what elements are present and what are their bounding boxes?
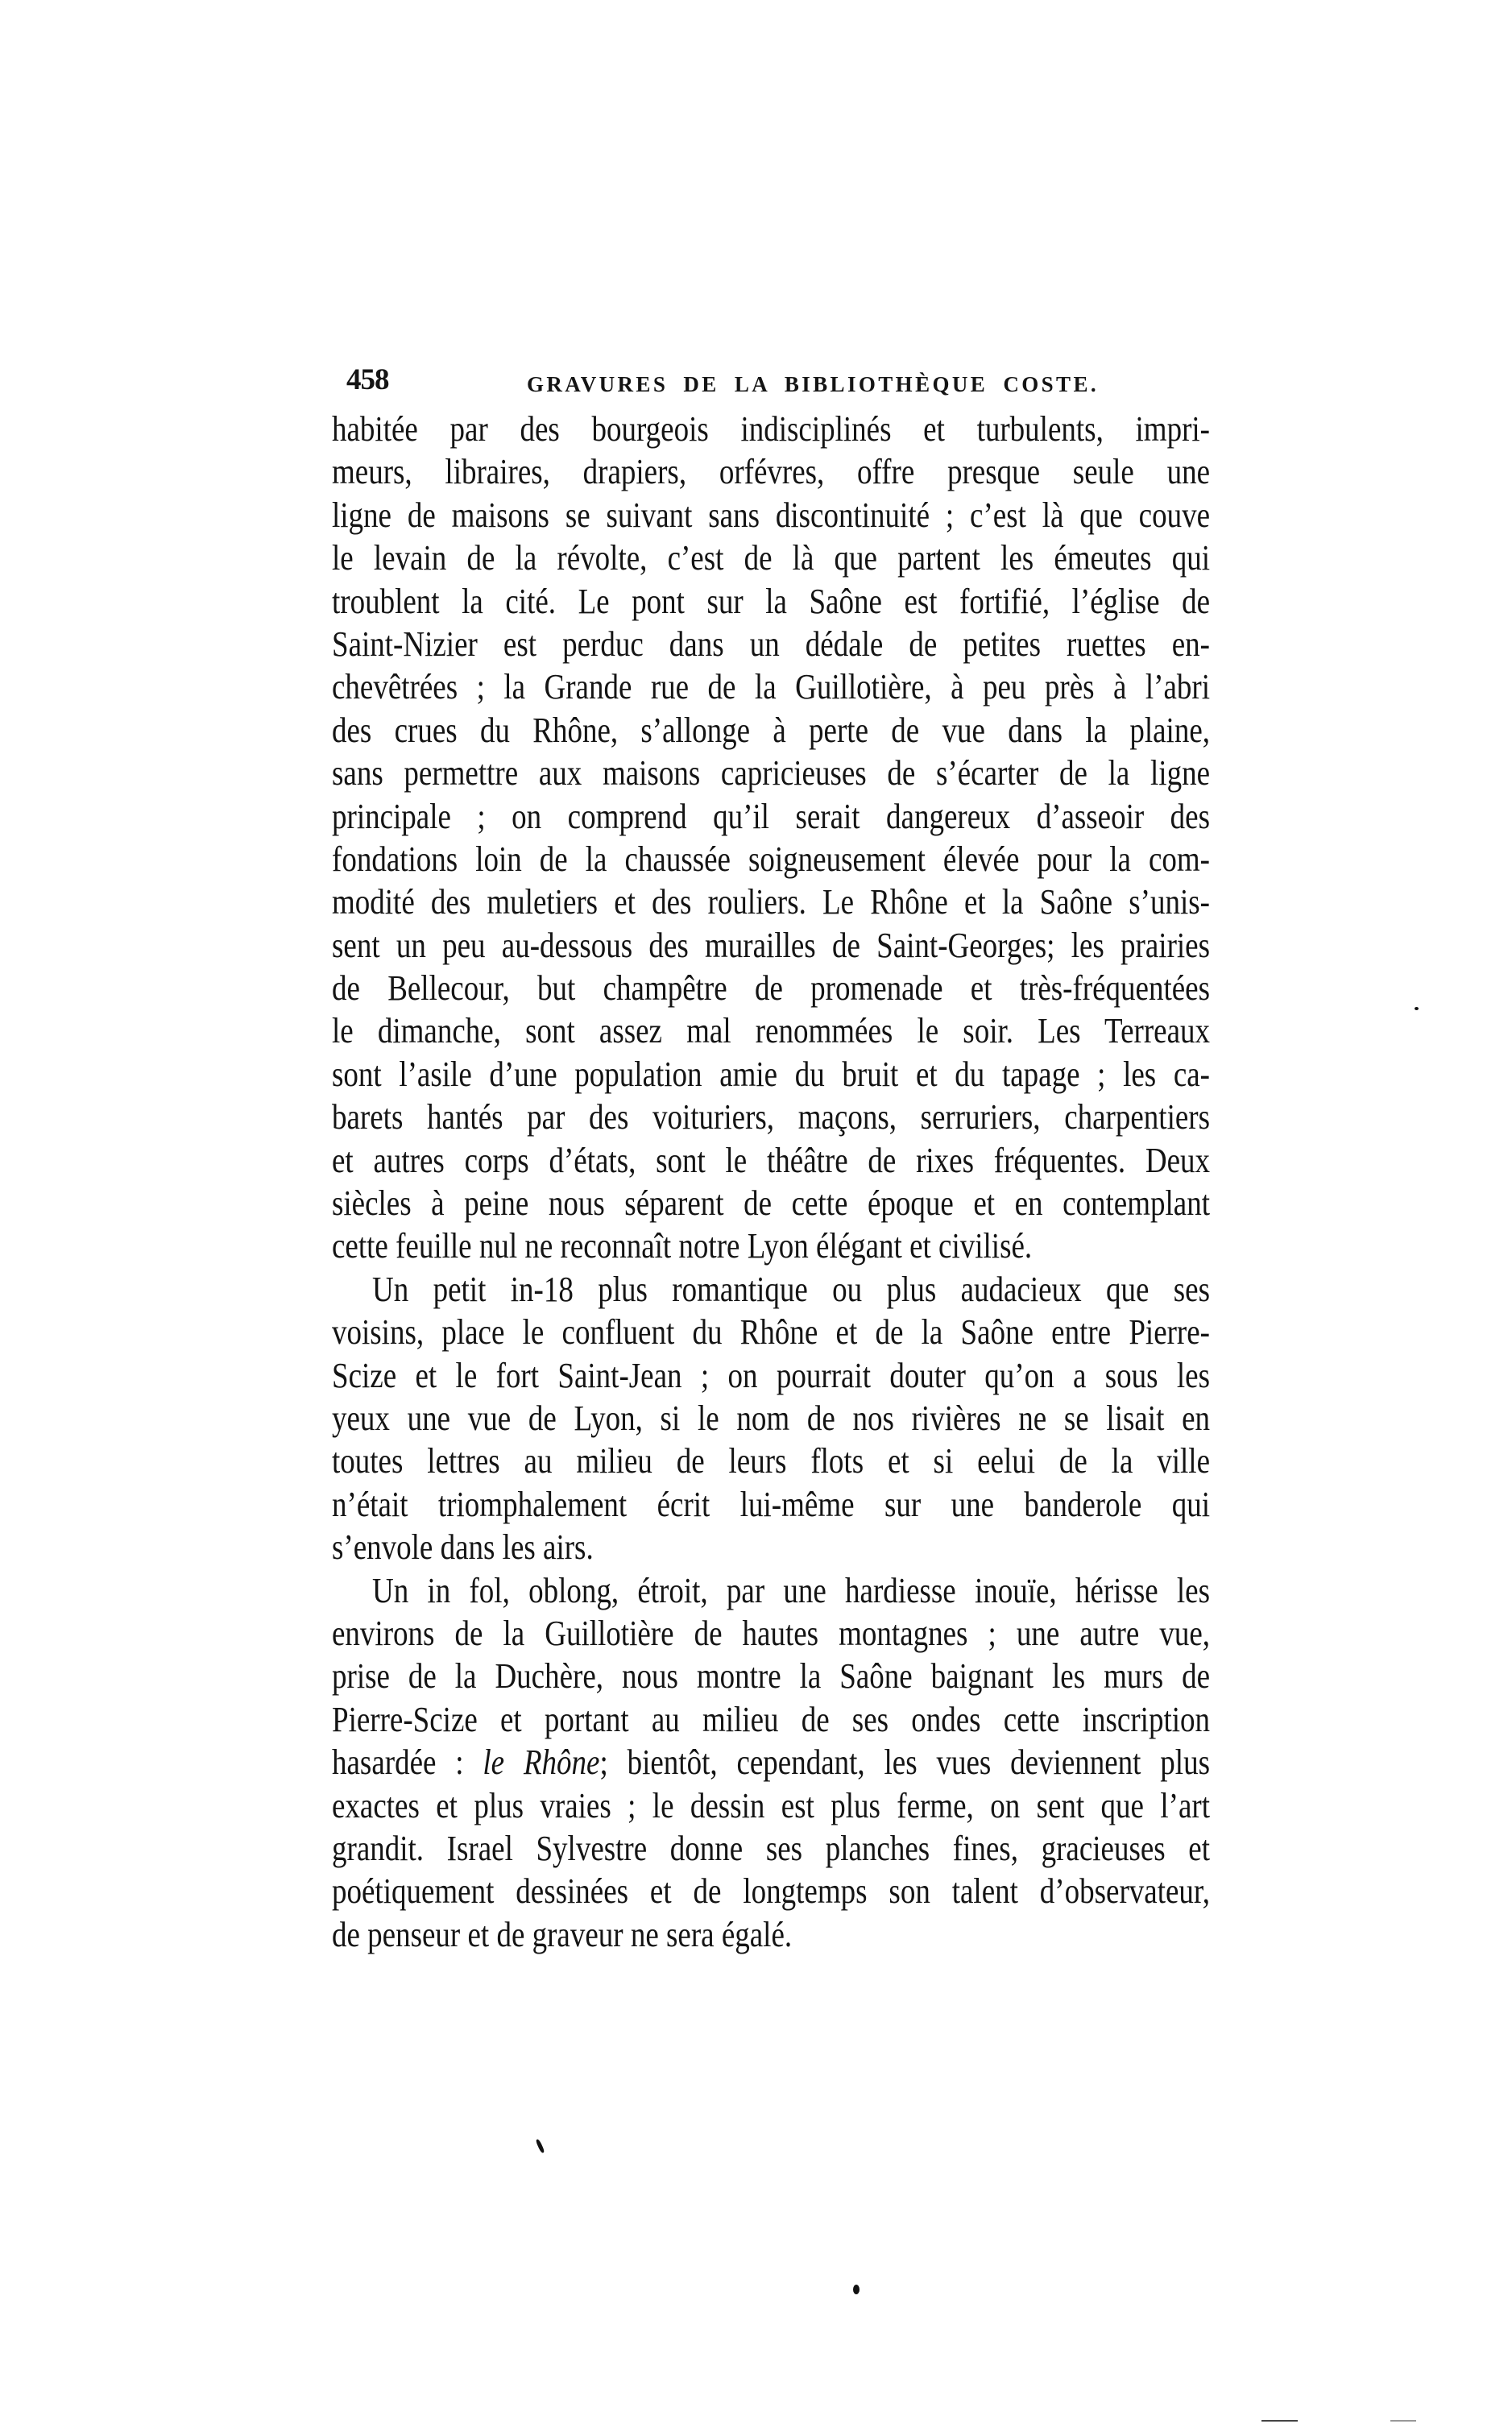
ink-speck xyxy=(853,2285,860,2294)
scan-edge-mark xyxy=(1261,2420,1298,2422)
text-segment: ; bientôt, cependant, les vues deviennen… xyxy=(599,1743,1210,1783)
page-number: 458 xyxy=(346,364,389,396)
ink-speck xyxy=(1415,1007,1419,1010)
running-head: 458 GRAVURES DE LA BIBLIOTHÈQUE COSTE. xyxy=(0,0,1512,419)
body-text: habitée par des bourgeois indisciplinés … xyxy=(332,410,1210,1958)
text-line: de penseur et de graveur ne sera égalé. xyxy=(332,1909,1210,1961)
ink-speck xyxy=(535,2139,545,2153)
book-page: 458 GRAVURES DE LA BIBLIOTHÈQUE COSTE. h… xyxy=(0,0,1512,2424)
scan-edge-mark xyxy=(1390,2420,1416,2422)
italic-title: le Rhône xyxy=(483,1743,599,1783)
text-segment: hasardée : xyxy=(332,1743,483,1783)
running-head-title: GRAVURES DE LA BIBLIOTHÈQUE COSTE. xyxy=(527,372,1099,396)
